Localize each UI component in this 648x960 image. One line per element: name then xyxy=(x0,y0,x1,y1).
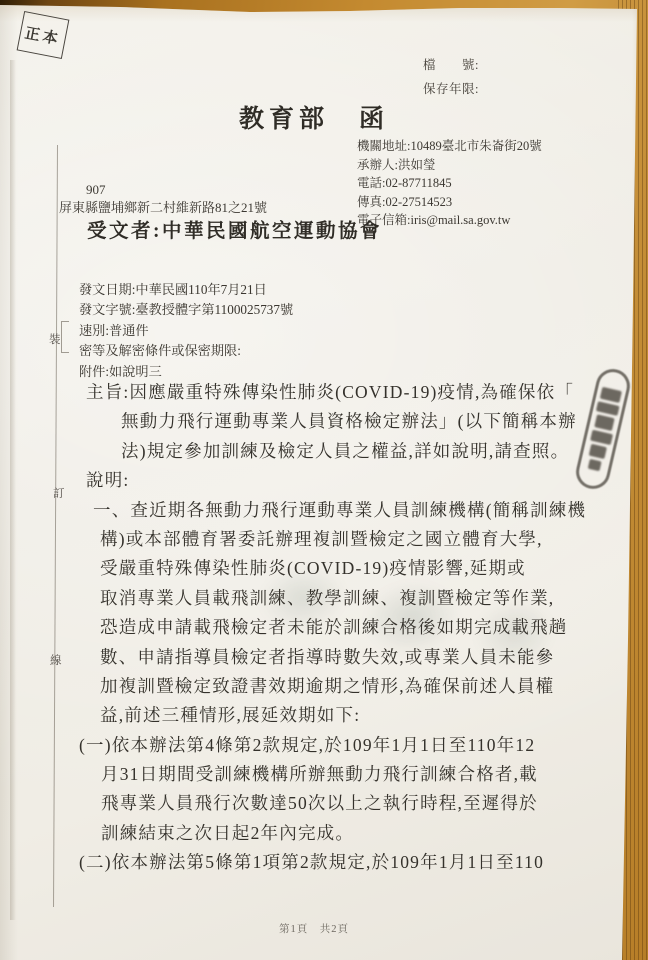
body-line: 法)規定參加訓練及檢定人員之權益,詳如說明,請查照。 xyxy=(0,437,648,466)
agency-fax: 傳真:02-27514523 xyxy=(357,193,542,212)
body-line: 月31日期間受訓練機構所辦無動力飛行訓練合格者,載 xyxy=(0,760,648,789)
security-classification: 密等及解密條件或保密期限: xyxy=(79,341,293,361)
body-line: 訓練結束之次日起2年內完成。 xyxy=(0,819,648,848)
letter-body: 主旨:因應嚴重特殊傳染性肺炎(COVID-19)疫情,為確保依「無動力飛行運動專… xyxy=(0,378,648,878)
document-title: 教育部 函 xyxy=(0,99,628,135)
body-line: 飛專業人員飛行次數達50次以上之執行時程,至遲得於 xyxy=(0,789,648,818)
body-line: 無動力飛行運動專業人員資格檢定辦法」(以下簡稱本辦 xyxy=(0,407,648,436)
copy-stamp-box: 正本 xyxy=(17,11,70,59)
body-line: (二)依本辦法第5條第1項第2款規定,於109年1月1日至110 xyxy=(0,848,648,877)
scanned-letter-page: 正本 檔 號: 保存年限: 教育部 函 機關地址:10489臺北市朱崙街20號 … xyxy=(0,0,648,960)
receipt-stamp-smudge xyxy=(596,401,620,416)
receipt-stamp-smudge xyxy=(600,386,622,402)
binding-mark-ding: 訂 xyxy=(53,485,65,501)
body-line: 受嚴重特殊傳染性肺炎(COVID-19)疫情影響,延期或 xyxy=(0,554,648,583)
body-line: 構)或本部體育署委託辦理複訓暨檢定之國立體育大學, xyxy=(0,525,648,554)
receipt-stamp-smudge xyxy=(589,443,607,458)
recipient-line: 受文者:中華民國航空運動協會 xyxy=(87,215,382,243)
retention-period-label: 保存年限: xyxy=(423,79,479,97)
body-line: 主旨:因應嚴重特殊傳染性肺炎(COVID-19)疫情,為確保依「 xyxy=(0,378,648,407)
dispatch-meta-block: 發文日期:中華民國110年7月21日 發文字號:臺教授體字第1100025737… xyxy=(79,280,293,382)
dispatch-date: 發文日期:中華民國110年7月21日 xyxy=(79,280,293,300)
delivery-speed: 速別:普通件 xyxy=(79,321,293,341)
page-number: 第1頁 共2頁 xyxy=(0,921,628,936)
binding-mark-xian: 線 xyxy=(50,652,62,668)
copy-stamp-label: 正本 xyxy=(23,21,62,48)
body-line: 恐造成申請載飛檢定者未能於訓練合格後如期完成載飛趟 xyxy=(0,613,648,642)
agency-phone: 電話:02-87711845 xyxy=(357,174,542,193)
receipt-stamp-smudge xyxy=(594,414,614,431)
body-line: 加複訓暨檢定致證書效期逾期之情形,為確保前述人員權 xyxy=(0,672,648,701)
receipt-stamp-smudge xyxy=(590,429,613,444)
agency-info-block: 機關地址:10489臺北市朱崙街20號 承辦人:洪如瑩 電話:02-877118… xyxy=(357,137,542,230)
body-line: 益,前述三種情形,展延效期如下: xyxy=(0,701,648,730)
body-line: 一、查近期各無動力飛行運動專業人員訓練機構(簡稱訓練機 xyxy=(0,496,648,525)
binding-bracket xyxy=(61,321,69,353)
body-line: 數、申請指導員檢定者指導時數失效,或專業人員未能參 xyxy=(0,643,648,672)
recipient-address: 屏東縣鹽埔鄉新二村維新路81之21號 xyxy=(59,197,267,216)
body-line: 說明: xyxy=(0,466,648,495)
agency-contact-person: 承辦人:洪如瑩 xyxy=(357,156,542,175)
receipt-stamp-smudge xyxy=(588,458,602,470)
file-number-label: 檔 號: xyxy=(423,55,479,73)
recipient-zip: 907 xyxy=(86,182,106,198)
dispatch-number: 發文字號:臺教授體字第1100025737號 xyxy=(79,300,293,320)
binding-mark-zhuang: 裝 xyxy=(49,331,61,347)
agency-address: 機關地址:10489臺北市朱崙街20號 xyxy=(357,137,542,156)
agency-email: 電子信箱:iris@mail.sa.gov.tw xyxy=(357,211,542,230)
body-line: (一)依本辦法第4條第2款規定,於109年1月1日至110年12 xyxy=(0,731,648,760)
body-line: 取消專業人員載飛訓練、教學訓練、複訓暨檢定等作業, xyxy=(0,584,648,613)
